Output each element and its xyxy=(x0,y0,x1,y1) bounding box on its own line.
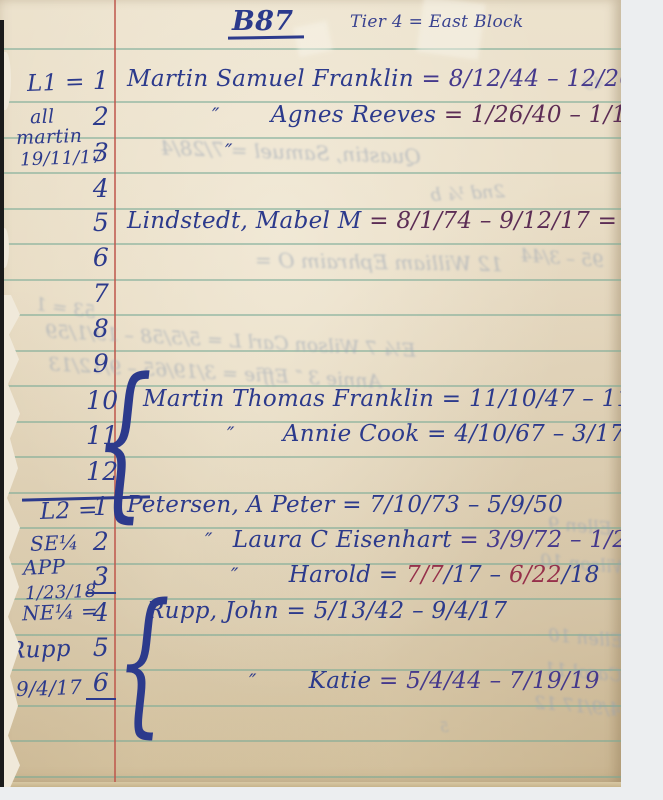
scanner-background xyxy=(621,0,663,800)
ditto-mark: ″ xyxy=(205,528,213,552)
row-number: 2 xyxy=(86,102,116,131)
binding-edge-shadow xyxy=(0,20,4,800)
row-number: 6 xyxy=(86,243,116,272)
scanned-ledger-page: { "header": { "code": "B87", "note": "Ti… xyxy=(0,0,663,800)
row-number: 1 xyxy=(86,66,116,95)
ledger-row-r2: 2″Agnes Reeves = 1/26/40 – 1/14/32 xyxy=(0,102,621,134)
date-range: = 8/1/74 – 9/12/17 = xyxy=(369,208,617,234)
crease-mark xyxy=(293,21,332,57)
row-content: ″Laura C Eisenhart = 3/9/72 – 1/20/64 xyxy=(127,527,663,553)
row-content: Petersen, A Peter = 7/10/73 – 5/9/50 xyxy=(127,492,563,518)
row-content: Rupp, John = 5/13/42 – 9/4/17 xyxy=(127,598,507,624)
person-name: Harold xyxy=(289,562,379,588)
bleedthrough-text: 5 xyxy=(440,720,449,736)
row-content: Martin Samuel Franklin = 8/12/44 – 12/20… xyxy=(127,66,663,92)
person-name: Lindstedt, Mabel M xyxy=(127,208,369,234)
date-range: = xyxy=(379,562,406,588)
ditto-mark: ″ xyxy=(225,139,233,163)
ditto-mark: ″ xyxy=(231,563,239,587)
date-range: 6/22 xyxy=(509,562,562,588)
row-number: 4 xyxy=(86,174,116,203)
margin-note-d3: 9/4/17 xyxy=(16,675,83,701)
ruled-line xyxy=(0,776,621,778)
margin-note-d1: 19/11/17 xyxy=(20,147,104,171)
ruled-line xyxy=(0,740,621,742)
ditto-mark: ″ xyxy=(249,669,257,693)
margin-note-l2: L2 = xyxy=(40,497,99,525)
row-content: ″Agnes Reeves = 1/26/40 – 1/14/32 xyxy=(127,102,663,128)
header-note: Tier 4 = East Block xyxy=(350,12,523,32)
date-range: /17 – xyxy=(444,562,509,588)
row-number: 8 xyxy=(86,314,116,343)
scanner-background xyxy=(0,787,663,800)
ditto-mark: ″ xyxy=(212,103,220,127)
margin-note-martin: martin xyxy=(16,125,83,149)
ledger-row-r6: 6 xyxy=(0,243,621,275)
row-content: ″Harold = 7/7/17 – 6/22/18 xyxy=(127,562,600,588)
ledger-row-s6: 6″Katie = 5/4/44 – 7/19/19 xyxy=(0,668,621,700)
row-number: 5 xyxy=(86,633,116,662)
row-number: 5 xyxy=(86,208,116,237)
page-code: B87 xyxy=(232,6,293,37)
row-content: ″ xyxy=(127,138,233,164)
margin-note-se: SE¼ xyxy=(30,530,79,556)
person-name: Petersen, A Peter xyxy=(127,492,342,518)
row-content: ″Katie = 5/4/44 – 7/19/19 xyxy=(127,668,600,694)
brace-rows-4-6: { xyxy=(116,602,171,720)
ledger-row-r5: 5Lindstedt, Mabel M = 8/1/74 – 9/12/17 = xyxy=(0,208,621,240)
ledger-row-r1: 1Martin Samuel Franklin = 8/12/44 – 12/2… xyxy=(0,66,621,98)
margin-note-l1: L1 = xyxy=(27,69,86,97)
date-range: = 5/4/44 – 7/19/19 xyxy=(379,668,600,694)
row-content: ″Annie Cook = 4/10/67 – 3/17/44 xyxy=(127,421,663,447)
date-range: 7/7 xyxy=(406,562,444,588)
row-content: Lindstedt, Mabel M = 8/1/74 – 9/12/17 = xyxy=(127,208,617,234)
person-name: Martin Thomas Franklin xyxy=(143,386,442,412)
date-range: = 7/10/73 – 5/9/50 xyxy=(342,492,563,518)
person-name: Laura C Eisenhart xyxy=(233,527,460,553)
ledger-row-r7: 7 xyxy=(0,279,621,311)
person-name: Martin Samuel Franklin xyxy=(127,66,422,92)
page-code-underline xyxy=(228,35,304,39)
row-number: 7 xyxy=(86,279,116,308)
person-name: Katie xyxy=(309,668,379,694)
row-number: 6 xyxy=(86,668,116,700)
date-range: /18 xyxy=(562,562,600,588)
margin-note-ne: NE¼ = xyxy=(22,599,99,626)
ledger-row-s5: 5 xyxy=(0,633,621,665)
person-name: Annie Cook xyxy=(283,421,427,447)
person-name: Agnes Reeves xyxy=(271,102,444,128)
margin-note-app: APP xyxy=(23,554,66,579)
brace-rows-10-12: { xyxy=(94,378,153,503)
notebook-page: B87 Tier 4 = East Block Quastin, Samuel … xyxy=(0,0,621,787)
date-range: = 5/13/42 – 9/4/17 xyxy=(287,598,508,624)
ruled-line xyxy=(0,705,621,707)
ledger-row-r4: 4 xyxy=(0,174,621,206)
row-content: Martin Thomas Franklin = 11/10/47 – 11/1… xyxy=(127,386,663,412)
ditto-mark: ″ xyxy=(227,422,235,446)
